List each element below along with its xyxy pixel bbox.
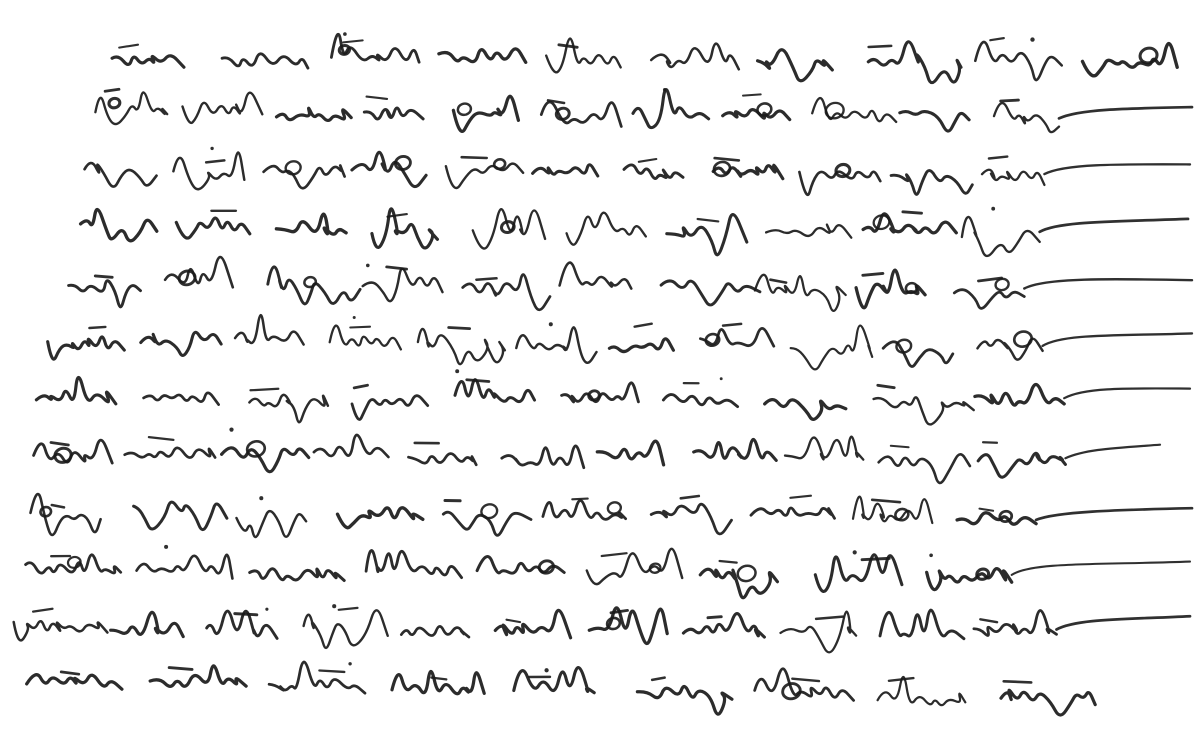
ink-stroke [69, 281, 141, 307]
ink-stroke [352, 396, 428, 420]
ink-stroke [991, 207, 995, 211]
ink-stroke [708, 617, 721, 618]
ink-stroke [816, 617, 843, 619]
ink-stroke [348, 662, 351, 665]
ink-stroke [392, 671, 484, 693]
ink-stroke [105, 89, 119, 91]
ink-stroke [975, 42, 1061, 80]
ink-stroke [962, 217, 1040, 256]
ink-stroke [637, 687, 732, 715]
ink-stroke [462, 157, 487, 158]
handwriting-canvas [0, 0, 1200, 745]
ink-stroke [467, 380, 489, 382]
ink-stroke [387, 267, 407, 269]
ink-stroke [891, 171, 972, 195]
ink-stroke [237, 511, 307, 537]
ink-stroke [758, 50, 833, 81]
ink-stroke [790, 496, 811, 498]
ink-stroke [546, 39, 621, 73]
ink-stroke [903, 212, 922, 213]
ink-stroke [286, 161, 301, 174]
ink-stroke [792, 679, 819, 681]
ink-stroke [1030, 37, 1034, 41]
ink-stroke [1059, 107, 1192, 118]
ink-stroke [996, 279, 1009, 290]
ink-stroke [449, 328, 470, 329]
ink-stroke [277, 108, 352, 120]
ink-stroke [533, 165, 598, 176]
ink-stroke [633, 90, 709, 128]
handwritten-page [0, 0, 1200, 745]
ink-stroke [889, 678, 914, 681]
ink-stroke [1044, 164, 1190, 174]
ink-stroke [332, 604, 336, 608]
ink-stroke [352, 152, 426, 186]
ink-stroke [1001, 100, 1019, 101]
ink-stroke [954, 290, 1024, 309]
ink-stroke [785, 437, 863, 460]
ink-stroke [880, 610, 964, 639]
ink-stroke [27, 675, 122, 689]
ink-stroke [683, 614, 764, 638]
ink-stroke [651, 504, 731, 534]
ink-stroke [663, 395, 737, 407]
ink-stroke [694, 439, 777, 460]
ink-stroke [276, 214, 346, 234]
ink-stroke [994, 103, 1059, 132]
ink-stroke [567, 213, 646, 245]
ink-stroke [635, 324, 652, 327]
ink-stroke [883, 342, 953, 367]
ink-stroke [927, 569, 1012, 590]
ink-stroke [149, 437, 174, 440]
ink-stroke [48, 337, 125, 359]
ink-stroke [137, 555, 233, 579]
ink-stroke [61, 672, 79, 674]
ink-stroke [587, 549, 682, 584]
ink-stroke [978, 453, 1065, 477]
ink-stroke [169, 668, 192, 670]
ink-stroke [446, 164, 523, 188]
ink-stroke [249, 395, 328, 422]
ink-stroke [150, 666, 246, 686]
ink-stroke [366, 264, 370, 268]
ink-stroke [265, 608, 268, 611]
ink-stroke [206, 160, 224, 162]
ink-stroke [957, 513, 1036, 524]
ink-stroke [173, 153, 244, 190]
ink-stroke [210, 147, 213, 150]
ink-stroke [363, 269, 443, 301]
ink-stroke [766, 225, 851, 238]
ink-stroke [134, 502, 227, 529]
ink-stroke [112, 56, 184, 67]
ink-stroke [723, 110, 790, 120]
ink-stroke [495, 610, 570, 637]
ink-stroke [119, 45, 138, 48]
ink-stroke [874, 397, 974, 424]
ink-stroke [1065, 445, 1160, 459]
ink-stroke [95, 92, 167, 124]
ink-stroke [33, 609, 52, 612]
ink-stroke [304, 610, 388, 648]
ink-stroke [1140, 48, 1157, 63]
ink-stroke [494, 159, 505, 169]
ink-stroke [715, 158, 739, 160]
ink-stroke [339, 45, 349, 54]
ink-stroke [589, 608, 667, 644]
ink-stroke [36, 377, 115, 403]
ink-stroke [144, 393, 219, 405]
ink-stroke [304, 277, 315, 287]
ink-stroke [331, 34, 419, 62]
ink-stroke [639, 159, 657, 162]
ink-stroke [514, 668, 594, 693]
ink-stroke [1083, 44, 1178, 76]
ink-stroke [183, 93, 263, 123]
ink-stroke [350, 327, 370, 328]
ink-stroke [473, 209, 545, 248]
ink-stroke [264, 165, 345, 188]
ink-stroke [1001, 690, 1095, 715]
ink-stroke [863, 273, 883, 275]
ink-stroke [455, 369, 459, 373]
ink-stroke [111, 612, 184, 636]
ink-stroke [597, 441, 663, 465]
ink-stroke [900, 112, 969, 131]
ink-stroke [608, 502, 621, 513]
ink-stroke [560, 263, 632, 289]
ink-stroke [862, 558, 889, 559]
ink-stroke [418, 329, 505, 364]
ink-stroke [878, 385, 894, 387]
ink-stroke [1024, 279, 1192, 288]
ink-stroke [989, 157, 1007, 159]
ink-stroke [401, 626, 469, 637]
ink-stroke [791, 326, 873, 370]
ink-stroke [141, 332, 221, 355]
ink-stroke [439, 49, 526, 62]
ink-stroke [738, 566, 756, 581]
ink-stroke [661, 281, 760, 305]
ink-stroke [541, 102, 621, 127]
ink-stroke [990, 38, 1004, 40]
ink-stroke [235, 614, 257, 615]
ink-stroke [89, 327, 105, 328]
ink-stroke [609, 339, 673, 352]
ink-stroke [476, 278, 496, 279]
ink-stroke [652, 678, 664, 680]
ink-stroke [52, 505, 64, 507]
ink-stroke [572, 499, 587, 500]
ink-stroke [164, 545, 168, 549]
ink-stroke [81, 210, 157, 241]
ink-stroke [125, 448, 215, 458]
ink-stroke [602, 553, 627, 556]
ink-stroke [409, 454, 477, 465]
ink-stroke [353, 316, 356, 319]
ink-stroke [815, 555, 902, 592]
ink-stroke [366, 550, 462, 577]
ink-stroke [891, 446, 909, 447]
ink-stroke [869, 46, 892, 47]
ink-stroke [229, 427, 233, 431]
ink-stroke [314, 435, 389, 457]
ink-stroke [720, 561, 737, 563]
ink-stroke [983, 442, 997, 443]
ink-stroke [929, 553, 933, 557]
ink-stroke [1040, 219, 1188, 232]
ink-stroke [354, 385, 367, 388]
ink-stroke [222, 54, 308, 68]
ink-stroke [1012, 562, 1190, 575]
ink-stroke [319, 671, 344, 672]
ink-stroke [770, 280, 786, 283]
ink-stroke [14, 621, 108, 640]
ink-stroke [85, 163, 157, 187]
ink-stroke [698, 219, 719, 221]
ink-stroke [544, 668, 548, 672]
ink-stroke [1014, 332, 1031, 347]
ink-stroke [235, 315, 304, 344]
ink-stroke [700, 328, 773, 346]
ink-stroke [879, 454, 970, 483]
ink-stroke [458, 104, 471, 115]
ink-stroke [723, 324, 741, 326]
ink-stroke [343, 32, 347, 36]
ink-stroke [720, 377, 723, 380]
ink-stroke [443, 512, 531, 535]
ink-stroke [507, 620, 521, 622]
ink-stroke [259, 496, 263, 500]
ink-stroke [765, 400, 846, 420]
ink-stroke [663, 88, 667, 92]
ink-stroke [516, 327, 596, 362]
ink-stroke [1036, 508, 1192, 520]
ink-stroke [34, 440, 113, 463]
ink-stroke [250, 569, 345, 581]
ink-stroke [559, 45, 577, 48]
ink-stroke [339, 608, 358, 610]
ink-stroke [681, 496, 699, 498]
ink-stroke [1057, 616, 1191, 629]
ink-stroke [338, 508, 423, 528]
ink-stroke [868, 42, 961, 83]
ink-stroke [455, 380, 535, 402]
ink-stroke [95, 276, 112, 277]
ink-stroke [853, 550, 857, 554]
ink-stroke [982, 170, 1044, 185]
ink-stroke [974, 610, 1057, 635]
ink-stroke [330, 326, 401, 350]
ink-stroke [109, 98, 120, 107]
ink-stroke [367, 97, 387, 99]
ink-stroke [481, 504, 497, 518]
ink-stroke [651, 44, 739, 70]
ink-stroke [364, 108, 423, 119]
ink-stroke [1043, 333, 1192, 346]
ink-stroke [978, 339, 1043, 360]
ink-stroke [1064, 388, 1190, 398]
ink-stroke [1004, 681, 1031, 682]
ink-stroke [176, 218, 250, 238]
ink-stroke [549, 322, 553, 326]
ink-stroke [343, 40, 363, 42]
ink-stroke [269, 662, 365, 693]
ink-stroke [251, 389, 279, 391]
ink-stroke [755, 275, 846, 311]
ink-stroke [980, 509, 994, 511]
ink-stroke [751, 508, 835, 518]
ink-stroke [743, 94, 761, 95]
ink-stroke [872, 500, 900, 502]
ink-stroke [755, 669, 854, 701]
ink-stroke [980, 619, 997, 622]
ink-stroke [975, 385, 1064, 406]
ink-stroke [624, 165, 683, 179]
ink-stroke [165, 257, 233, 287]
ink-stroke [51, 443, 68, 446]
ink-stroke [502, 446, 584, 468]
